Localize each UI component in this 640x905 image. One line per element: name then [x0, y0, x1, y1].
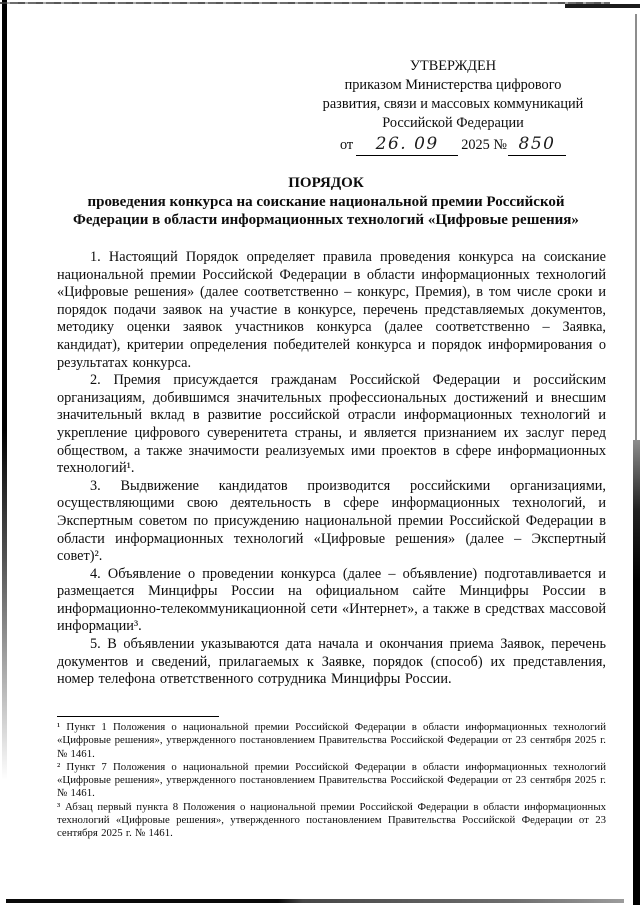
- approval-line-approved: УТВЕРЖДЕН: [300, 57, 606, 76]
- scan-edge-bottom: [6, 899, 624, 903]
- title-subtitle: проведения конкурса на соискание национа…: [48, 193, 604, 230]
- footnote-1: ¹ Пункт 1 Положения о национальной преми…: [57, 721, 606, 761]
- paragraph-4: 4. Объявление о проведении конкурса (дал…: [57, 566, 606, 636]
- document-body: 1. Настоящий Порядок определяет правила …: [57, 249, 606, 689]
- approval-date-line: от26. 092025 №850: [300, 134, 606, 156]
- footnote-separator-rule: [57, 716, 219, 717]
- footnote-3: ³ Абзац первый пункта 8 Положения о наци…: [57, 801, 606, 841]
- scan-edge-left: [2, 0, 7, 780]
- date-year: 2025: [461, 137, 490, 153]
- paragraph-2: 2. Премия присуждается гражданам Российс…: [57, 372, 606, 478]
- scan-edge-top-right: [565, 4, 640, 8]
- document-title-block: ПОРЯДОК проведения конкурса на соискание…: [48, 174, 604, 230]
- number-label: №: [493, 137, 507, 153]
- scan-edge-top: [0, 2, 610, 4]
- paragraph-1: 1. Настоящий Порядок определяет правила …: [57, 249, 606, 372]
- handwritten-number-value: 850: [519, 134, 556, 154]
- footnote-2: ² Пункт 7 Положения о национальной преми…: [57, 761, 606, 801]
- scan-edge-right-bar: [633, 440, 640, 905]
- paragraph-3: 3. Выдвижение кандидатов производится ро…: [57, 478, 606, 566]
- approval-block: УТВЕРЖДЕН приказом Министерства цифровог…: [300, 57, 606, 156]
- handwritten-date-value: 26. 09: [376, 134, 439, 154]
- approval-line-order: приказом Министерства цифрового: [300, 76, 606, 95]
- footnotes-section: ¹ Пункт 1 Положения о национальной преми…: [57, 716, 606, 841]
- handwritten-number-field: 850: [508, 134, 566, 156]
- approval-line-ministry: развития, связи и массовых коммуникаций: [300, 95, 606, 114]
- scan-edge-right-thin: [635, 14, 637, 442]
- date-prefix: от: [340, 137, 353, 153]
- handwritten-date-field: 26. 09: [356, 134, 458, 156]
- approval-line-federation: Российской Федерации: [300, 114, 606, 133]
- scanned-document-page: УТВЕРЖДЕН приказом Министерства цифровог…: [0, 0, 640, 905]
- title-heading: ПОРЯДОК: [48, 174, 604, 193]
- paragraph-5: 5. В объявлении указываются дата начала …: [57, 636, 606, 689]
